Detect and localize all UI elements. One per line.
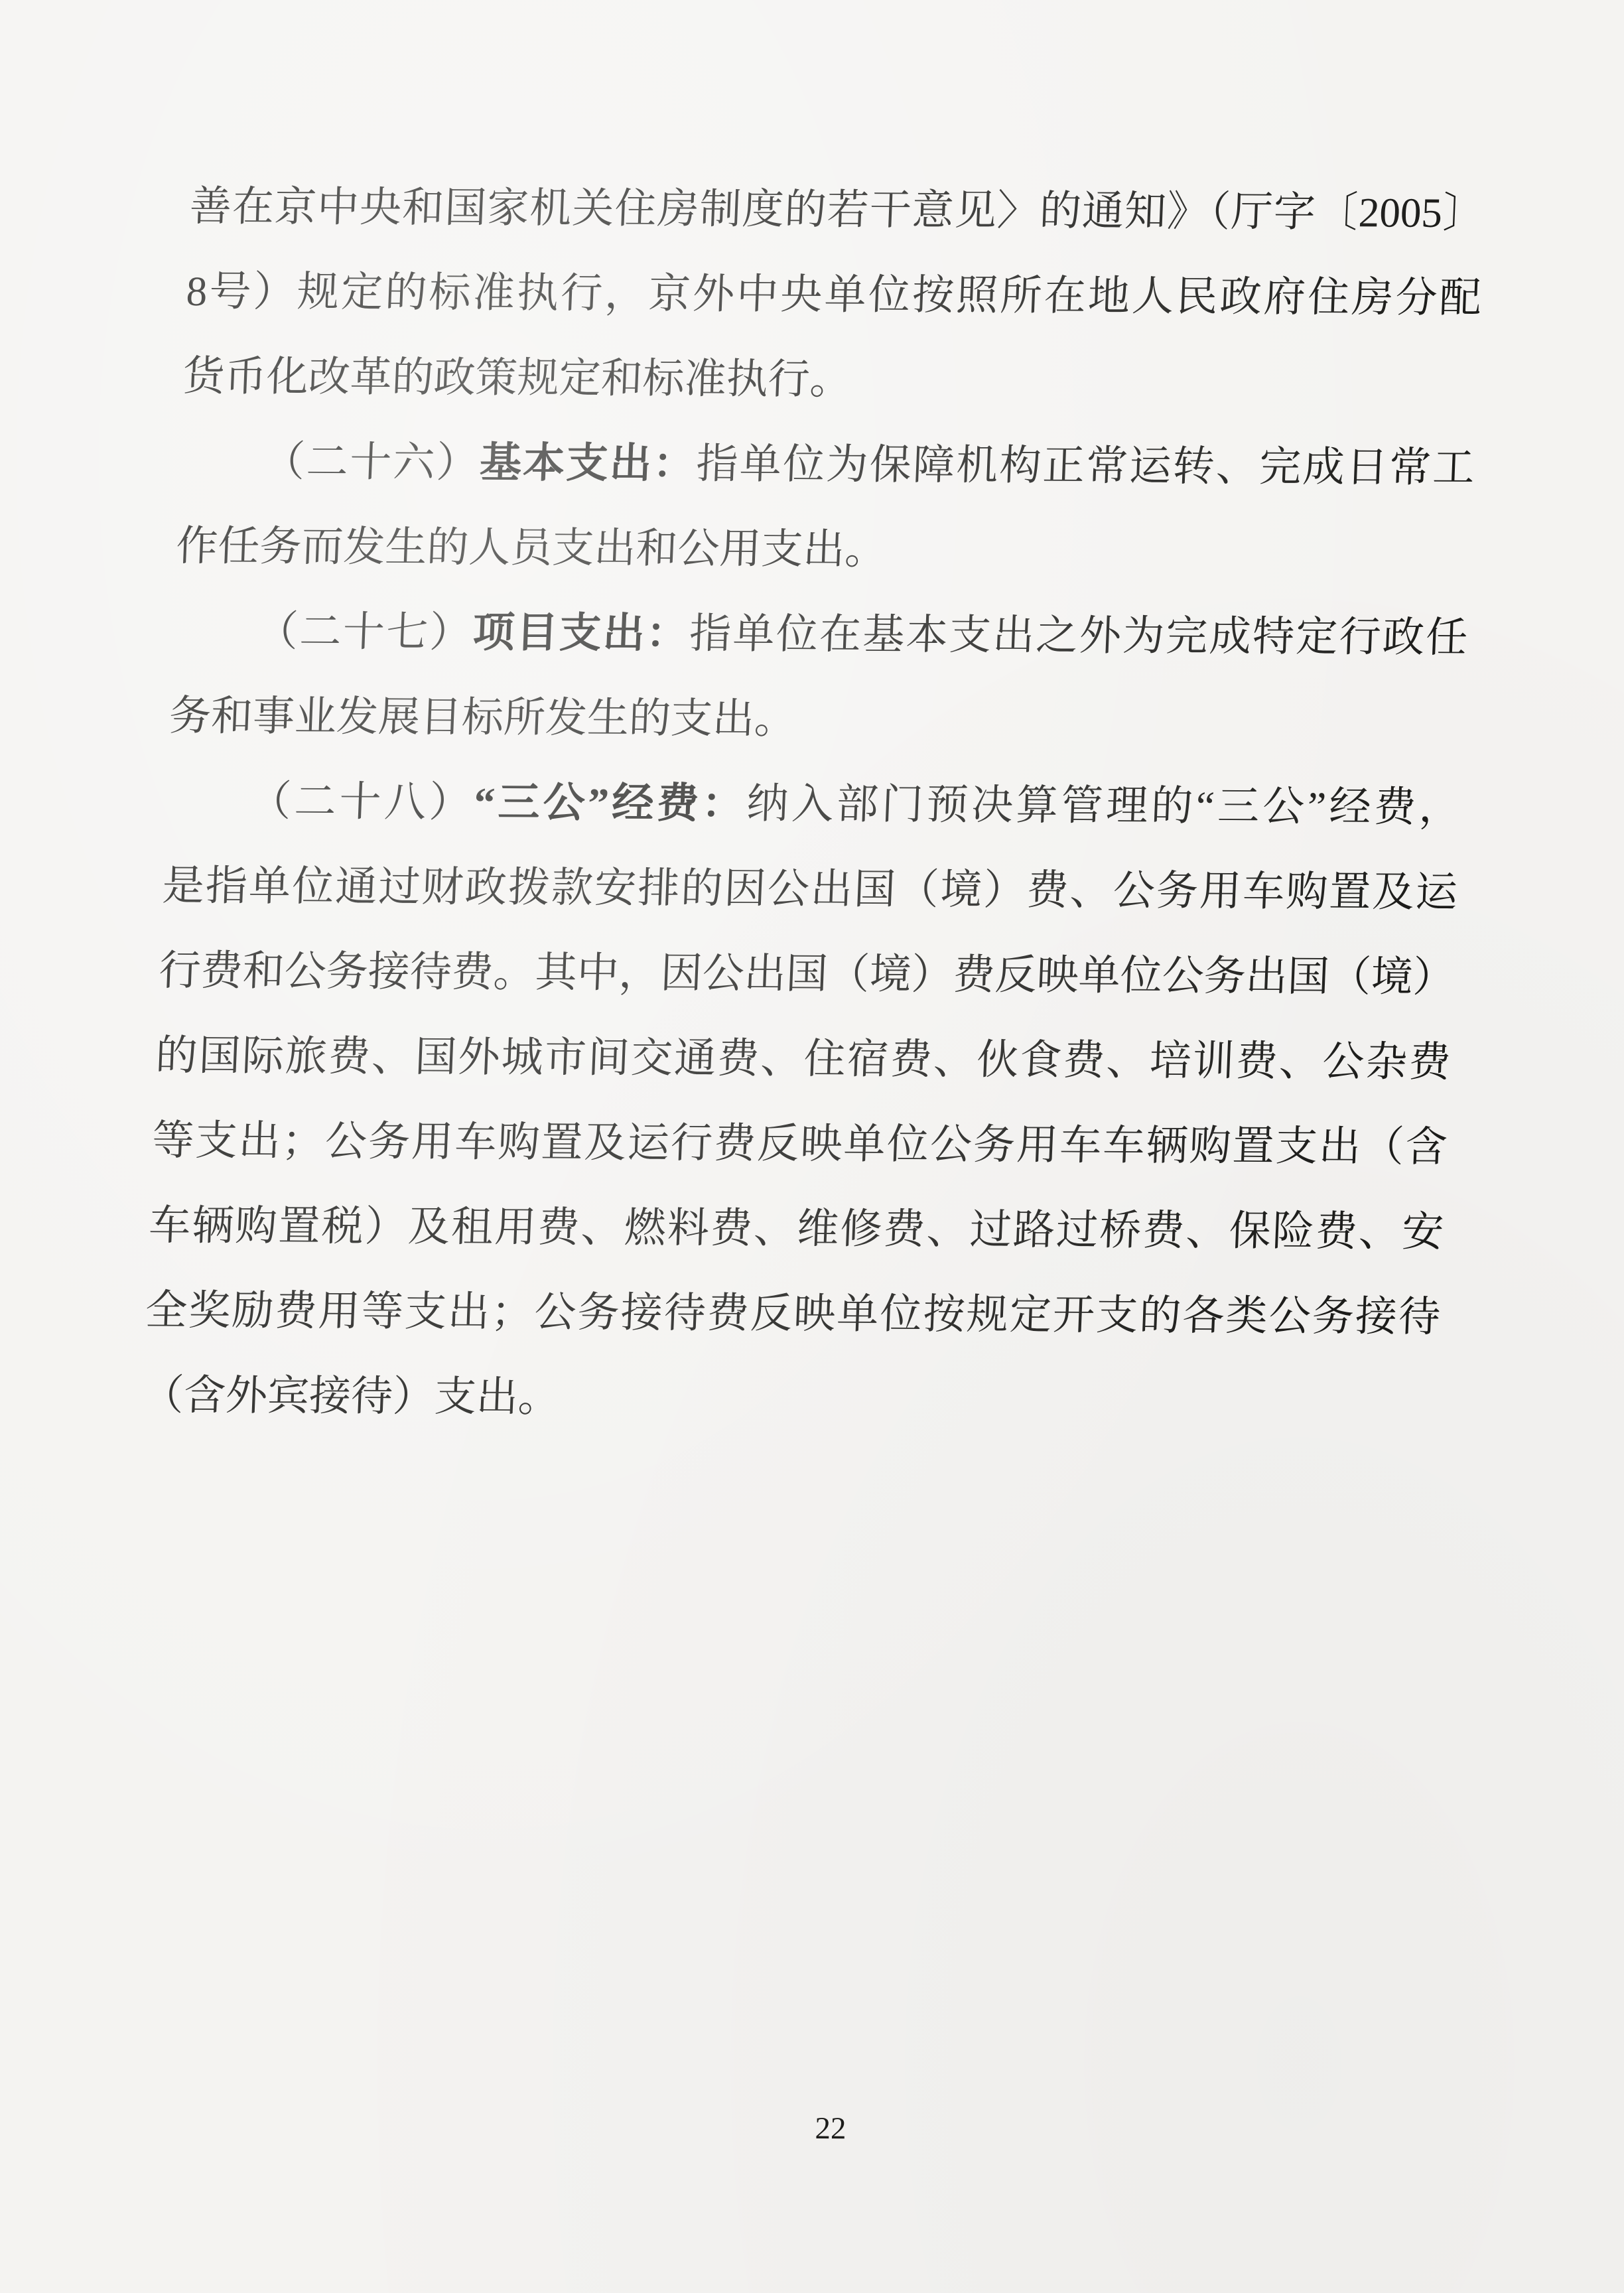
body-text: （二十七） [255,608,474,656]
bold-term: “三公”经费： [473,779,748,827]
document-body: 善在京中央和国家机关住房制度的若干意见〉的通知》（厅字〔2005〕8号）规定的标… [140,164,1486,1444]
text-line: （二十六）基本支出：指单位为保障机构正常运转、完成日常工 [178,419,1476,510]
text-line: 的国际旅费、国外城市间交通费、住宿费、伙食费、培训费、公杂费 [154,1013,1452,1105]
text-line: 行费和公务接待费。其中，因公出国（境）费反映单位公务出国（境） [157,928,1455,1020]
scanned-document-page: 善在京中央和国家机关住房制度的若干意见〉的通知》（厅字〔2005〕8号）规定的标… [0,0,1624,2293]
text-line: 务和事业发展目标所发生的支出。 [168,673,1466,765]
body-text: 作任务而发生的人员支出和公用支出。 [175,523,888,573]
body-text: 是指单位通过财政拨款安排的因公出国（境）费、公务用车购置及运 [161,863,1458,916]
body-text: （含外宾接待）支出。 [141,1372,561,1421]
body-text: 务和事业发展目标所发生的支出。 [169,693,797,742]
text-line: （二十八）“三公”经费：纳入部门预决算管理的“三公”经费， [164,758,1462,850]
body-text: 的国际旅费、国外城市间交通费、住宿费、伙食费、培训费、公杂费 [155,1032,1452,1085]
body-text: 指单位在基本支出之外为完成特定行政任 [689,610,1469,661]
page-number: 22 [815,2111,846,2146]
body-text: 善在京中央和国家机关住房制度的若干意见〉的通知》（厅字〔2005〕 [189,183,1486,236]
body-text: 全奖励费用等支出；公务接待费反映单位按规定开支的各类公务接待 [145,1287,1442,1340]
page-footer: 22 [0,2105,1624,2153]
body-text: 纳入部门预决算管理的“三公”经费， [746,780,1461,831]
text-line: 善在京中央和国家机关住房制度的若干意见〉的通知》（厅字〔2005〕 [188,164,1486,255]
text-line: 车辆购置税）及租用费、燃料费、维修费、过路过桥费、保险费、安 [147,1183,1446,1275]
body-text: 指单位为保障机构正常运转、完成日常工 [695,441,1475,491]
body-text: 行费和公务接待费。其中，因公出国（境）费反映单位公务出国（境） [158,947,1455,1001]
bold-term: 项目支出： [472,609,690,657]
text-line: 全奖励费用等支出；公务接待费反映单位按规定开支的各类公务接待 [144,1268,1442,1359]
text-line: 等支出；公务用车购置及运行费反映单位公务用车车辆购置支出（含 [151,1098,1449,1190]
body-text: 货币化改革的政策规定和标准执行。 [182,353,852,403]
text-line: （二十七）项目支出：指单位在基本支出之外为完成特定行政任 [171,589,1469,680]
text-line: 货币化改革的政策规定和标准执行。 [181,334,1479,425]
body-text: 车辆购置税）及租用费、燃料费、维修费、过路过桥费、保险费、安 [148,1202,1445,1255]
bold-term: 基本支出： [479,439,697,487]
text-line: 8号）规定的标准执行，京外中央单位按照所在地人民政府住房分配 [184,249,1483,340]
text-line: （含外宾接待）支出。 [140,1353,1438,1444]
text-line: 是指单位通过财政拨款安排的因公出国（境）费、公务用车购置及运 [161,843,1459,935]
body-text: （二十八） [249,778,475,826]
text-line: 作任务而发生的人员支出和公用支出。 [174,504,1473,595]
body-text: （二十六） [262,439,480,486]
body-text: 8号）规定的标准执行，京外中央单位按照所在地人民政府住房分配 [185,268,1482,321]
body-text: 等支出；公务用车购置及运行费反映单位公务用车车辆购置支出（含 [151,1117,1448,1170]
